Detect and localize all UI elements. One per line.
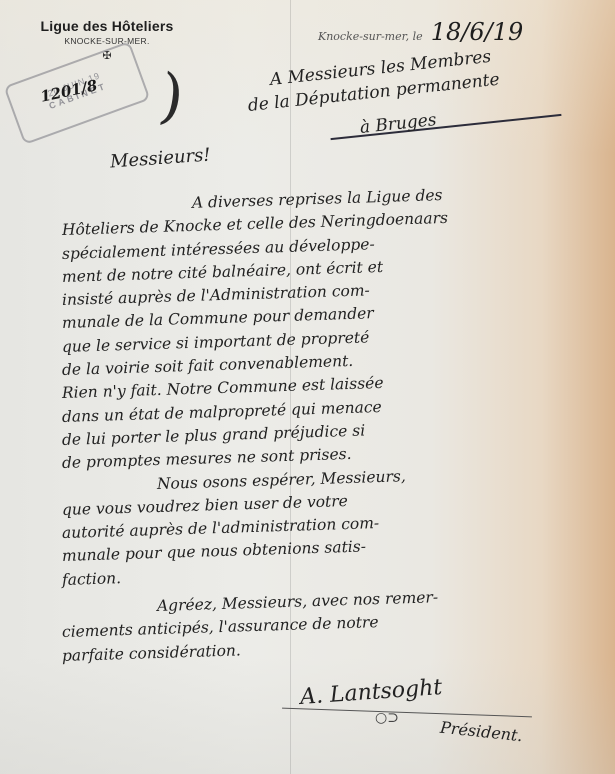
letter-date: 18/6/19 <box>431 18 524 46</box>
letterhead-location: KNOCKE-SUR-MER. <box>32 36 182 46</box>
letter-body: A diverses reprises la Ligue des Hôtelie… <box>62 196 607 668</box>
signature: A. Lantsoght <box>299 675 443 710</box>
signature-flourish: ○⊃ <box>375 710 399 726</box>
recipient-line-3: à Bruges <box>359 110 437 138</box>
signatory-title: Président. <box>439 718 523 746</box>
letterhead-organization: Ligue des Hôteliers <box>32 18 182 34</box>
bracket-mark: ) <box>155 61 188 134</box>
place-date: Knocke-sur-mer, le18/6/19 <box>318 18 523 46</box>
signature-rule <box>282 708 532 718</box>
place: Knocke-sur-mer, le <box>318 30 423 43</box>
salutation: Messieurs! <box>109 145 211 173</box>
